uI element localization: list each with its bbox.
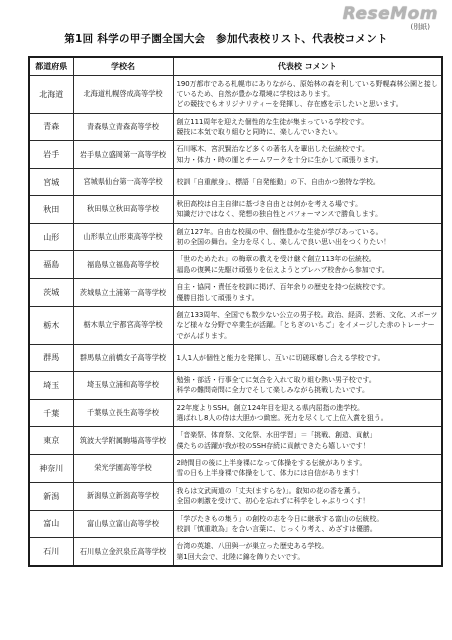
prefecture-cell: 福島 [29,251,73,279]
comment-cell: 台湾の英雄、八田與一が巣立った歴史ある学校。 第1回大会で、北陸に錦を飾りたいで… [173,538,442,566]
comment-cell: 自主・協同・責任を校訓に掲げ、百年余りの歴史を持つ伝統校です。 優勝目指して頑張… [173,279,442,307]
table-row: 北海道北海道札幌啓成高等学校190万都市である札幌市にありながら、原始林の森を利… [29,75,442,113]
table-row: 富山富山県立富山高等学校「学びたきもの集う」の創校の志を今日に継承する富山の伝統… [29,510,442,538]
comment-cell: 創立111周年を迎えた個性的な生徒が集まっている学校です。 競技に本気で取り組む… [173,113,442,141]
prefecture-cell: 青森 [29,113,73,141]
table-row: 茨城茨城県立土浦第一高等学校自主・協同・責任を校訓に掲げ、百年余りの歴史を持つ伝… [29,279,442,307]
table-row: 東京筑波大学附属駒場高等学校「音楽祭、体育祭、文化祭、水田学習」＝「挑戦、創造、… [29,427,442,455]
school-table-body: 北海道北海道札幌啓成高等学校190万都市である札幌市にありながら、原始林の森を利… [29,75,442,566]
comment-cell: 石川啄木、宮沢賢治など多くの著名人を輩出した伝統校です。 知力・体力・時の運とチ… [173,141,442,169]
table-row: 群馬群馬県立前橋女子高等学校1人1人が個性と能力を発揮し、互いに切磋琢磨し合える… [29,344,442,371]
comment-cell: 創立127年。自由な校風の中、個性豊かな生徒が学びあっている。 初の全国の舞台。… [173,223,442,251]
prefecture-cell: 富山 [29,510,73,538]
school-name-cell: 千葉県立長生高等学校 [73,399,173,427]
page-title: 第1回 科学の甲子園全国大会 参加代表校リスト、代表校コメント [0,31,452,46]
representative-schools-table: 都道府県 学校名 代表校 コメント 北海道北海道札幌啓成高等学校190万都市であ… [28,56,443,567]
comment-cell: 創立133周年、全国でも数少ない公立の男子校。政治、経済、芸術、文化、スポーツな… [173,306,442,344]
comment-cell: 校訓「自重献身」、標語「自発能動」の下、自由かつ独特な学校。 [173,169,442,196]
table-row: 栃木栃木県立宇都宮高等学校創立133周年、全国でも数少ない公立の男子校。政治、経… [29,306,442,344]
comment-cell: 勉強・部活・行事全てに気合を入れて取り組む熱い男子校です。 科学の難問奇問に全力… [173,371,442,399]
school-name-cell: 栃木県立宇都宮高等学校 [73,306,173,344]
school-name-cell: 山形県立山形東高等学校 [73,223,173,251]
table-row: 秋田秋田県立秋田高等学校秋田高校は自主自律に基づき自由とは何かを考える場です。 … [29,196,442,224]
comment-cell: 「学びたきもの集う」の創校の志を今日に継承する富山の伝統校。 校訓「慎重敢為」を… [173,510,442,538]
school-name-cell: 福島県立福島高等学校 [73,251,173,279]
table-row: 石川石川県立金沢泉丘高等学校台湾の英雄、八田與一が巣立った歴史ある学校。 第1回… [29,538,442,566]
comment-cell: 22年度よりSSH。創立124年目を迎える県内屈指の進学校。 選ばれし8人の侍は… [173,399,442,427]
prefecture-cell: 秋田 [29,196,73,224]
prefecture-cell: 栃木 [29,306,73,344]
school-name-cell: 群馬県立前橋女子高等学校 [73,344,173,371]
school-name-cell: 石川県立金沢泉丘高等学校 [73,538,173,566]
comment-cell: 1人1人が個性と能力を発揮し、互いに切磋琢磨し合える学校です。 [173,344,442,371]
resemom-logo: ReseMom [343,4,438,24]
school-name-cell: 茨城県立土浦第一高等学校 [73,279,173,307]
prefecture-cell: 茨城 [29,279,73,307]
table-row: 千葉千葉県立長生高等学校22年度よりSSH。創立124年目を迎える県内屈指の進学… [29,399,442,427]
prefecture-cell: 宮城 [29,169,73,196]
comment-cell: 2時間目の後に上半身裸になって体操をする伝統があります。 雪の日も上半身裸で体操… [173,455,442,483]
comment-cell: 「世のためたれ」の梅章の教えを受け継ぐ創立113年の伝統校。 福島の復興に先駆け… [173,251,442,279]
table-row: 福島福島県立福島高等学校「世のためたれ」の梅章の教えを受け継ぐ創立113年の伝統… [29,251,442,279]
comment-cell: 190万都市である札幌市にありながら、原始林の森を利している野幌森林公園と接して… [173,75,442,113]
table-row: 神奈川栄光学園高等学校2時間目の後に上半身裸になって体操をする伝統があります。 … [29,455,442,483]
prefecture-cell: 東京 [29,427,73,455]
prefecture-cell: 新潟 [29,482,73,510]
prefecture-cell: 山形 [29,223,73,251]
prefecture-cell: 岩手 [29,141,73,169]
prefecture-cell: 埼玉 [29,371,73,399]
table-row: 宮城宮城県仙台第一高等学校校訓「自重献身」、標語「自発能動」の下、自由かつ独特な… [29,169,442,196]
school-name-cell: 埼玉県立浦和高等学校 [73,371,173,399]
school-name-cell: 岩手県立盛岡第一高等学校 [73,141,173,169]
prefecture-cell: 北海道 [29,75,73,113]
comment-cell: 我らは文武両道の「丈夫(ますらを)」。叡知の花の香を薫う。 全国の刺激を受けて、… [173,482,442,510]
header-comment: 代表校 コメント [173,57,442,75]
document-page: ReseMom (別紙) 第1回 科学の甲子園全国大会 参加代表校リスト、代表校… [0,0,452,640]
table-row: 岩手岩手県立盛岡第一高等学校石川啄木、宮沢賢治など多くの著名人を輩出した伝統校で… [29,141,442,169]
prefecture-cell: 群馬 [29,344,73,371]
header-school-name: 学校名 [73,57,173,75]
prefecture-cell: 石川 [29,538,73,566]
school-name-cell: 宮城県仙台第一高等学校 [73,169,173,196]
table-row: 山形山形県立山形東高等学校創立127年。自由な校風の中、個性豊かな生徒が学びあっ… [29,223,442,251]
school-name-cell: 青森県立青森高等学校 [73,113,173,141]
school-name-cell: 秋田県立秋田高等学校 [73,196,173,224]
header-prefecture: 都道府県 [29,57,73,75]
school-name-cell: 富山県立富山高等学校 [73,510,173,538]
comment-cell: 「音楽祭、体育祭、文化祭、水田学習」＝「挑戦、創造、貢献」 僕たちの活躍が我が校… [173,427,442,455]
school-name-cell: 筑波大学附属駒場高等学校 [73,427,173,455]
school-name-cell: 栄光学園高等学校 [73,455,173,483]
prefecture-cell: 神奈川 [29,455,73,483]
school-name-cell: 北海道札幌啓成高等学校 [73,75,173,113]
table-row: 青森青森県立青森高等学校創立111周年を迎えた個性的な生徒が集まっている学校です… [29,113,442,141]
prefecture-cell: 千葉 [29,399,73,427]
comment-cell: 秋田高校は自主自律に基づき自由とは何かを考える場です。 知識だけではなく、発想の… [173,196,442,224]
school-name-cell: 新潟県立新潟高等学校 [73,482,173,510]
table-header-row: 都道府県 学校名 代表校 コメント [29,57,442,75]
table-row: 埼玉埼玉県立浦和高等学校勉強・部活・行事全てに気合を入れて取り組む熱い男子校です… [29,371,442,399]
table-row: 新潟新潟県立新潟高等学校我らは文武両道の「丈夫(ますらを)」。叡知の花の香を薫う… [29,482,442,510]
